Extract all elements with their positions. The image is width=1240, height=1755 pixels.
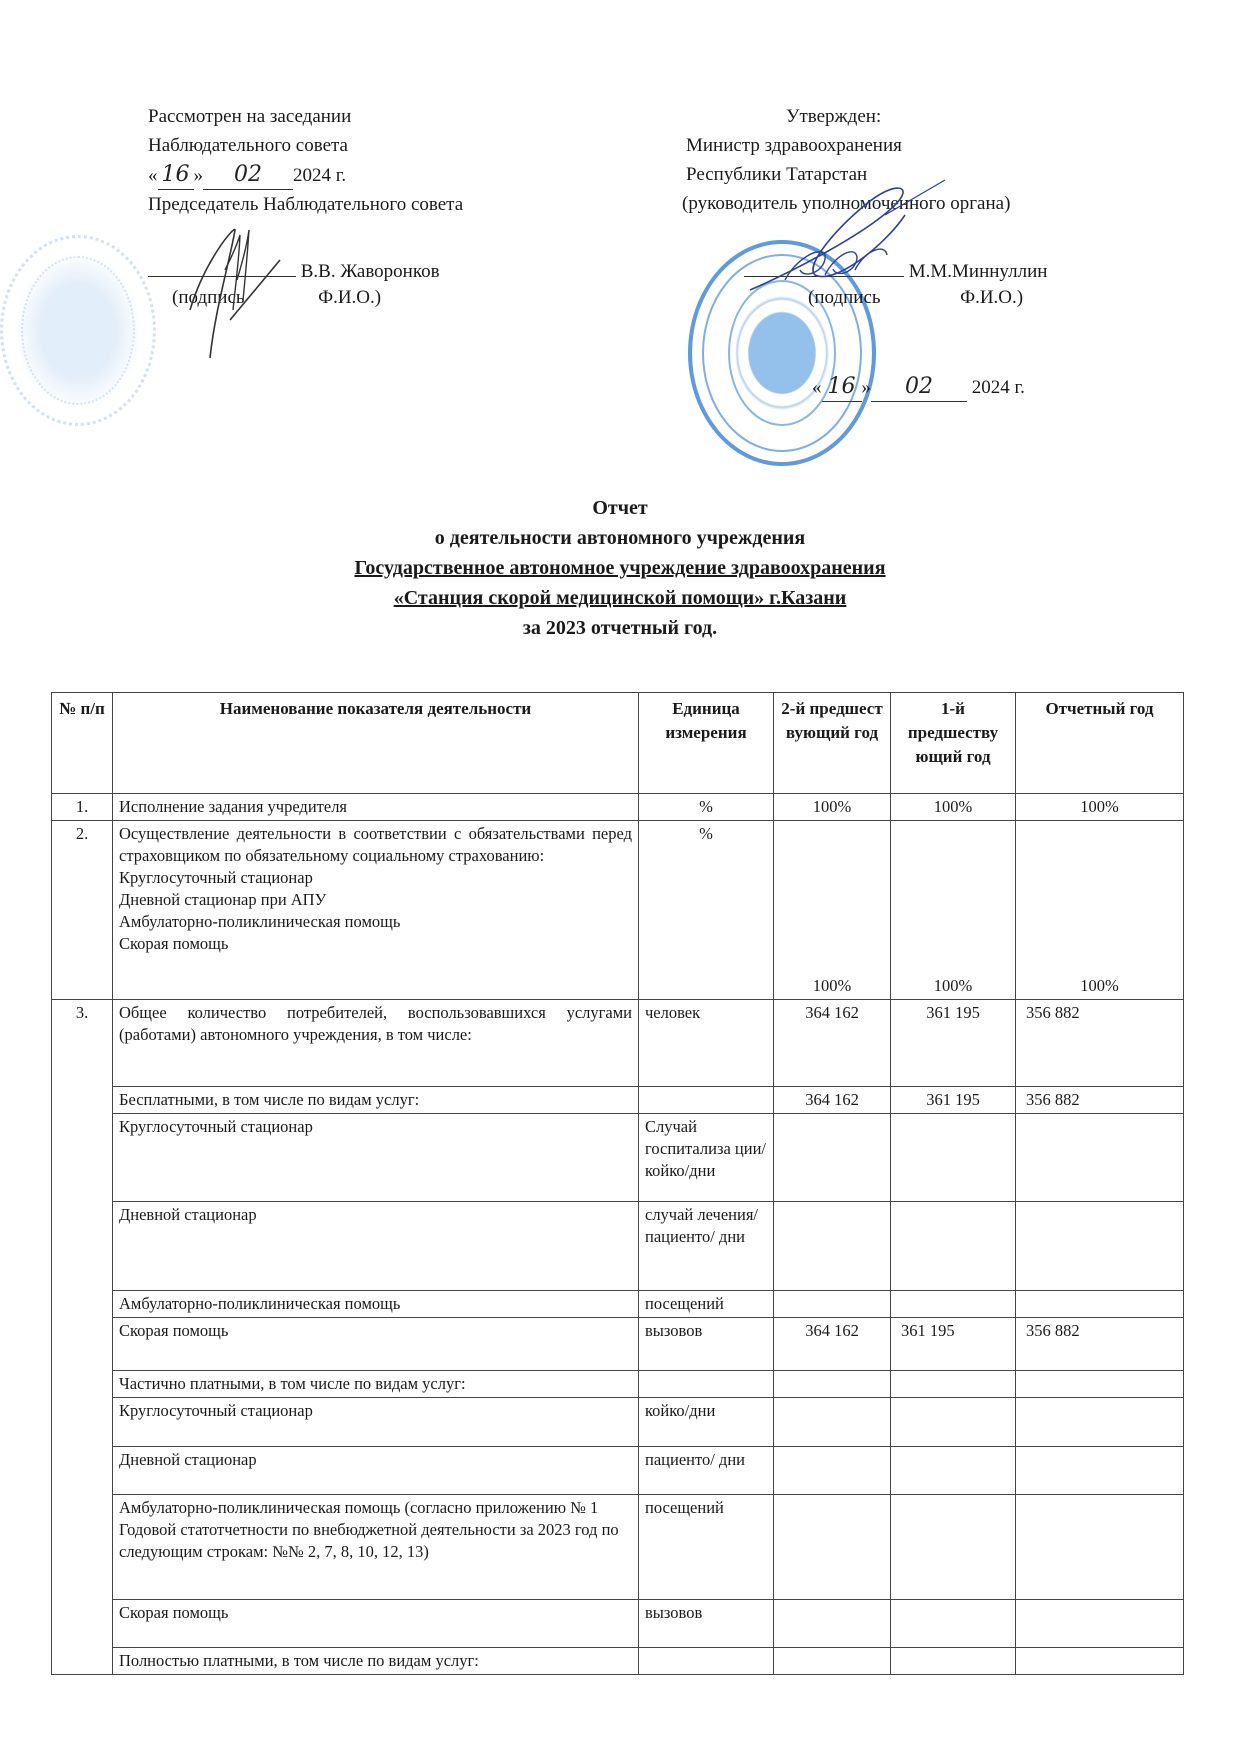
left-date-day: 16 [158,160,194,190]
row-year-minus2 [774,1202,891,1291]
right-date: «16»02 2024 г. [812,372,1025,402]
row-unit: % [639,794,774,821]
right-date-year: 2024 г. [972,377,1025,398]
header-year-minus2: 2-й предшест вующий год [774,693,891,794]
row-year-minus1 [891,1447,1016,1495]
row-report-year: 100% [1016,821,1184,1000]
row-year-minus2: 100% [774,821,891,1000]
approval-left-block: Рассмотрен на заседании Наблюдательного … [148,102,463,219]
row-year-minus2: 364 162 [774,1087,891,1114]
table-row: Амбулаторно-поликлиническая помощь посещ… [52,1291,1184,1318]
right-line-approved: Утвержден: [686,102,1010,131]
left-signatory-name: В.В. Жаворонков [301,261,440,282]
table-row: 1. Исполнение задания учредителя % 100% … [52,794,1184,821]
table-row: Полностью платными, в том числе по видам… [52,1648,1184,1675]
row-year-minus2 [774,1371,891,1398]
row-year-minus2 [774,1648,891,1675]
left-signature-blank [148,254,296,277]
right-signature-caption: (подпись [808,287,881,308]
table-row: Бесплатными, в том числе по видам услуг:… [52,1087,1184,1114]
row-name: Бесплатными, в том числе по видам услуг: [113,1087,639,1114]
row-year-minus1: 361 195 [891,1087,1016,1114]
row-report-year [1016,1114,1184,1202]
row-num: 1. [52,794,113,821]
row-report-year: 356 882 [1016,1318,1184,1371]
row-year-minus1: 361 195 [891,1318,1016,1371]
row-report-year: 356 882 [1016,1087,1184,1114]
table-row: 2. Осуществление деятельности в соответс… [52,821,1184,1000]
row-year-minus2 [774,1495,891,1600]
left-line-chairman: Председатель Наблюдательного совета [148,190,463,219]
header-year-minus1: 1-й предшеству ющий год [891,693,1016,794]
row-name: Полностью платными, в том числе по видам… [113,1648,639,1675]
row-report-year [1016,1291,1184,1318]
row-num: 3. [52,1000,113,1675]
table-header-row: № п/п Наименование показателя деятельнос… [52,693,1184,794]
row-unit: посещений [639,1495,774,1600]
row-name: Амбулаторно-поликлиническая помощь (согл… [113,1495,639,1600]
right-name-caption: Ф.И.О.) [960,287,1023,308]
row-year-minus1 [891,1495,1016,1600]
right-line-minister: Министр здравоохранения [686,131,1010,160]
header-report-year: Отчетный год [1016,693,1184,794]
row-year-minus1: 100% [891,794,1016,821]
table-row: Круглосуточный стационар Случай госпитал… [52,1114,1184,1202]
row-unit: вызовов [639,1318,774,1371]
right-signatory-name: М.М.Миннуллин [909,261,1048,282]
row-name: Дневной стационар [113,1202,639,1291]
table-row: Скорая помощь вызовов 364 162 361 195 35… [52,1318,1184,1371]
row-name: Общее количество потребителей, воспользо… [113,1000,639,1087]
left-captions: (подпись Ф.И.О.) [172,283,381,312]
header-unit: Единица измерения [639,693,774,794]
row-unit: Случай госпитализа ции/ койко/дни [639,1114,774,1202]
left-date-year: 2024 г. [293,165,346,186]
row-year-minus2: 364 162 [774,1000,891,1087]
row-year-minus1: 361 195 [891,1000,1016,1087]
row-year-minus1 [891,1202,1016,1291]
right-date-day: 16 [822,372,862,402]
table-row: Скорая помощь вызовов [52,1600,1184,1648]
row-report-year [1016,1398,1184,1447]
row-unit [639,1371,774,1398]
row-name-main: Осуществление деятельности в соответстви… [119,823,632,867]
row-year-minus2 [774,1600,891,1648]
row-year-minus1 [891,1648,1016,1675]
right-date-month: 02 [871,372,967,402]
report-period: за 2023 отчетный год. [0,613,1240,643]
row-unit [639,1087,774,1114]
row-year-minus1 [891,1398,1016,1447]
left-name-caption: Ф.И.О.) [318,287,381,308]
right-signature-line: М.М.Миннуллин [744,254,1047,286]
left-date-month: 02 [203,160,293,190]
row-unit [639,1648,774,1675]
row-year-minus2 [774,1398,891,1447]
left-line-council: Наблюдательного совета [148,131,463,160]
right-captions: (подпись Ф.И.О.) [808,283,1023,312]
sub-item: Дневной стационар при АПУ [119,889,632,911]
table-row: Дневной стационар случай лечения/ пациен… [52,1202,1184,1291]
institution-station-name: «Станция скорой медицинской помощи» г.Ка… [0,583,1240,613]
report-subtitle: о деятельности автономного учреждения [0,523,1240,553]
header-name: Наименование показателя деятельности [113,693,639,794]
activity-report-table: № п/п Наименование показателя деятельнос… [51,692,1184,1675]
row-name: Амбулаторно-поликлиническая помощь [113,1291,639,1318]
left-date: «16»022024 г. [148,160,463,190]
institution-name: Государственное автономное учреждение зд… [0,553,1240,583]
row-report-year [1016,1495,1184,1600]
row-report-year: 356 882 [1016,1000,1184,1087]
row-year-minus2 [774,1447,891,1495]
right-signature-blank [744,254,904,277]
table-row: Частично платными, в том числе по видам … [52,1371,1184,1398]
row-unit: случай лечения/ пациенто/ дни [639,1202,774,1291]
row-unit: койко/дни [639,1398,774,1447]
approval-right-block: Утвержден: Министр здравоохранения Респу… [686,102,1010,218]
right-line-republic: Республики Татарстан [686,160,1010,189]
row-year-minus2: 100% [774,794,891,821]
row-name: Осуществление деятельности в соответстви… [113,821,639,1000]
sub-item: Амбулаторно-поликлиническая помощь [119,911,632,933]
row-name: Дневной стационар [113,1447,639,1495]
row-name: Круглосуточный стационар [113,1114,639,1202]
sub-item: Круглосуточный стационар [119,867,632,889]
row-name: Частично платными, в том числе по видам … [113,1371,639,1398]
row-report-year: 100% [1016,794,1184,821]
left-line-considered: Рассмотрен на заседании [148,102,463,131]
row-report-year [1016,1202,1184,1291]
row-name: Скорая помощь [113,1600,639,1648]
row-year-minus1 [891,1114,1016,1202]
sub-item: Скорая помощь [119,933,632,955]
row-year-minus1: 100% [891,821,1016,1000]
row-unit: % [639,821,774,1000]
faint-seal-stamp [0,235,156,426]
row-year-minus2 [774,1114,891,1202]
table-row: 3. Общее количество потребителей, воспол… [52,1000,1184,1087]
row-unit: человек [639,1000,774,1087]
row-year-minus1 [891,1371,1016,1398]
row-num: 2. [52,821,113,1000]
left-signature-caption: (подпись [172,287,245,308]
row-year-minus2 [774,1291,891,1318]
row-name: Исполнение задания учредителя [113,794,639,821]
row-name: Скорая помощь [113,1318,639,1371]
row-name: Круглосуточный стационар [113,1398,639,1447]
row-unit: пациенто/ дни [639,1447,774,1495]
table-row: Дневной стационар пациенто/ дни [52,1447,1184,1495]
report-title: Отчет [0,493,1240,523]
row-year-minus2: 364 162 [774,1318,891,1371]
row-report-year [1016,1600,1184,1648]
right-line-head: (руководитель уполномоченного органа) [682,189,1010,218]
table-row: Амбулаторно-поликлиническая помощь (согл… [52,1495,1184,1600]
row-report-year [1016,1447,1184,1495]
table-row: Круглосуточный стационар койко/дни [52,1398,1184,1447]
header-num: № п/п [52,693,113,794]
row-unit: посещений [639,1291,774,1318]
row-report-year [1016,1371,1184,1398]
row-unit: вызовов [639,1600,774,1648]
left-signature-line: В.В. Жаворонков [148,254,440,286]
row-year-minus1 [891,1600,1016,1648]
row-report-year [1016,1648,1184,1675]
row-year-minus1 [891,1291,1016,1318]
